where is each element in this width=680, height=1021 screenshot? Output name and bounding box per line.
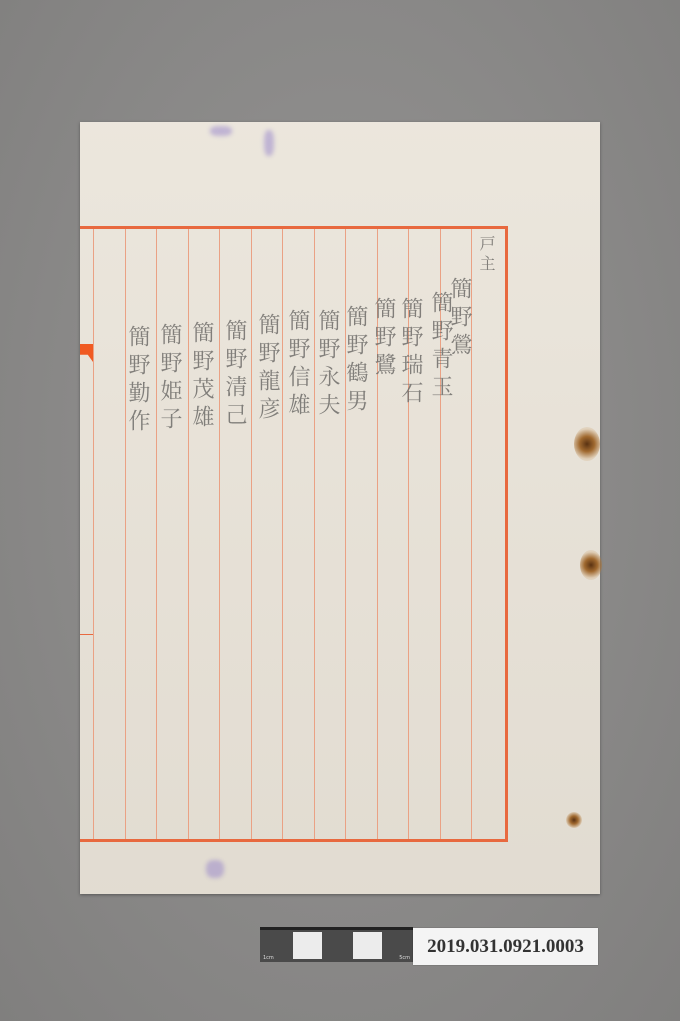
name-entry: 簡野鷺 bbox=[372, 297, 394, 381]
scale-label-right: 5cm bbox=[399, 955, 410, 961]
burn-mark bbox=[566, 812, 582, 828]
ink-smudge bbox=[210, 126, 232, 136]
document-page: 戸主 簡野鶯 簡野青玉 簡野瑞石 簡野鷺 簡野鶴男 簡野永夫 簡野信雄 簡野龍彦… bbox=[80, 122, 600, 894]
name-entry: 簡野永夫 bbox=[316, 309, 338, 421]
name-entry: 簡野信雄 bbox=[286, 309, 308, 421]
name-entry: 簡野青玉 bbox=[429, 291, 451, 403]
scale-label-left: 1cm bbox=[263, 955, 274, 961]
ink-smudge bbox=[206, 860, 224, 878]
name-entry: 簡野茂雄 bbox=[190, 321, 212, 433]
name-entry: 簡野清己 bbox=[223, 319, 245, 431]
header-text: 戸主 bbox=[478, 235, 494, 275]
scale-bar: 1cm 5cm bbox=[260, 927, 413, 962]
name-entry: 簡野勤作 bbox=[126, 325, 148, 437]
name-entry: 簡野姫子 bbox=[158, 323, 180, 435]
name-entry: 簡野瑞石 bbox=[399, 297, 421, 409]
ink-smudge bbox=[264, 130, 274, 156]
name-entry: 簡野龍彦 bbox=[256, 313, 278, 425]
burn-mark bbox=[574, 427, 600, 461]
accession-number-label: 2019.031.0921.0003 bbox=[413, 928, 598, 965]
ruled-frame: 戸主 簡野鶯 簡野青玉 簡野瑞石 簡野鷺 簡野鶴男 簡野永夫 簡野信雄 簡野龍彦… bbox=[80, 226, 508, 842]
name-entry: 簡野鶴男 bbox=[344, 305, 366, 417]
burn-mark bbox=[580, 550, 602, 580]
